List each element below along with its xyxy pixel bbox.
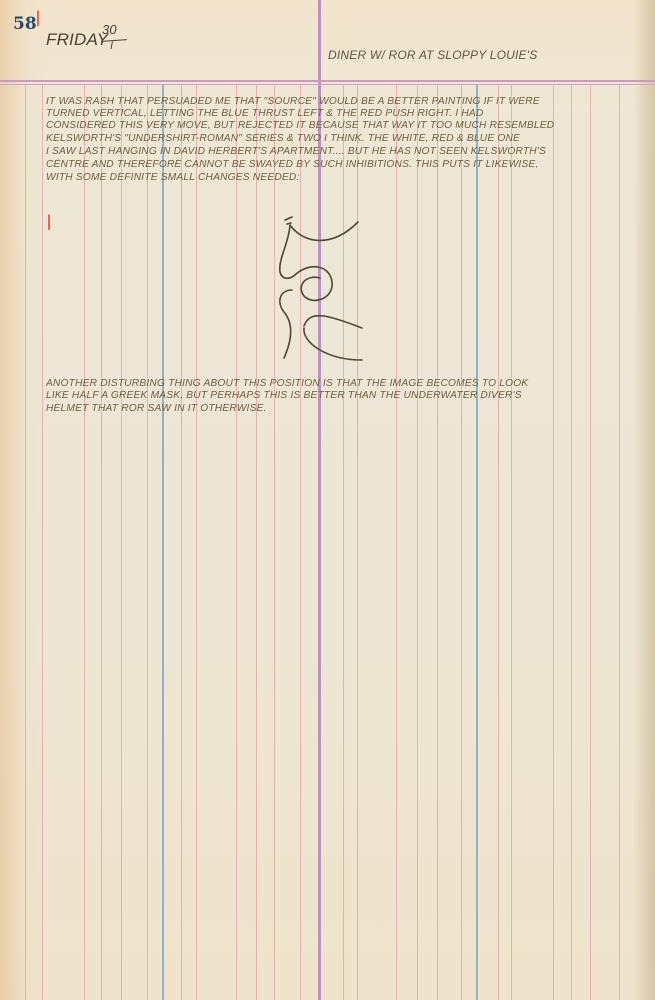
- column-rule: [101, 84, 102, 1000]
- day-label: FRIDAY: [46, 30, 108, 50]
- column-rule: [619, 84, 620, 1000]
- roman-numeral-header: I: [35, 6, 41, 32]
- column-rule: [147, 84, 148, 1000]
- column-rule: [498, 84, 499, 1000]
- header-rule: [0, 80, 655, 82]
- page-edge-shadow: [633, 0, 655, 1000]
- entry-line: LIKE HALF A GREEK MASK, BUT PERHAPS THIS…: [46, 390, 522, 401]
- column-rule: [590, 84, 591, 1000]
- column-rule: [511, 84, 512, 1000]
- column-rule: [571, 84, 572, 1000]
- column-rule: [236, 84, 237, 1000]
- column-rule: [437, 84, 438, 1000]
- date-month: I: [110, 40, 113, 52]
- column-rule: [396, 84, 397, 1000]
- entry-line: HELMET THAT ROR SAW IN IT OTHERWISE.: [46, 403, 267, 414]
- ledger-page: 58 I FRIDAY 30 I DINER W/ ROR AT SLOPPY …: [0, 0, 655, 1000]
- column-rule: [461, 84, 462, 1000]
- entry-line: ANOTHER DISTURBING THING ABOUT THIS POSI…: [46, 378, 528, 389]
- entry-line: CENTRE AND THEREFORE CANNOT BE SWAYED BY…: [46, 159, 538, 170]
- column-rule: [181, 84, 182, 1000]
- entry-line: CONSIDERED THIS VERY MOVE, BUT REJECTED …: [46, 120, 554, 131]
- entry-line: IT WAS RASH THAT PERSUADED ME THAT "SOUR…: [46, 96, 540, 107]
- column-rule: [553, 84, 554, 1000]
- entry-line: TURNED VERTICAL, LETTING THE BLUE THRUST…: [46, 108, 483, 119]
- column-rule-blue: [162, 84, 164, 1000]
- roman-numeral-sketch: I: [46, 210, 52, 236]
- header-note: DINER W/ ROR AT SLOPPY LOUIE'S: [328, 48, 537, 62]
- column-rule: [25, 84, 26, 1000]
- column-rule: [256, 84, 257, 1000]
- column-rule: [417, 84, 418, 1000]
- column-rule: [196, 84, 197, 1000]
- header-rule: [0, 84, 655, 85]
- column-rule: [84, 84, 85, 1000]
- column-rule: [121, 84, 122, 1000]
- entry-line: KELSWORTH'S "UNDERSHIRT-ROMAN" SERIES & …: [46, 133, 520, 144]
- column-rule: [42, 84, 43, 1000]
- entry-line: WITH SOME DEFINITE SMALL CHANGES NEEDED:: [46, 172, 299, 183]
- page-number: 58: [13, 14, 37, 34]
- date-day: 30: [102, 22, 117, 37]
- entry-line: I SAW LAST HANGING IN DAVID HERBERT'S AP…: [46, 146, 546, 157]
- column-rule-blue: [476, 84, 478, 1000]
- composition-sketch-icon: [270, 210, 390, 375]
